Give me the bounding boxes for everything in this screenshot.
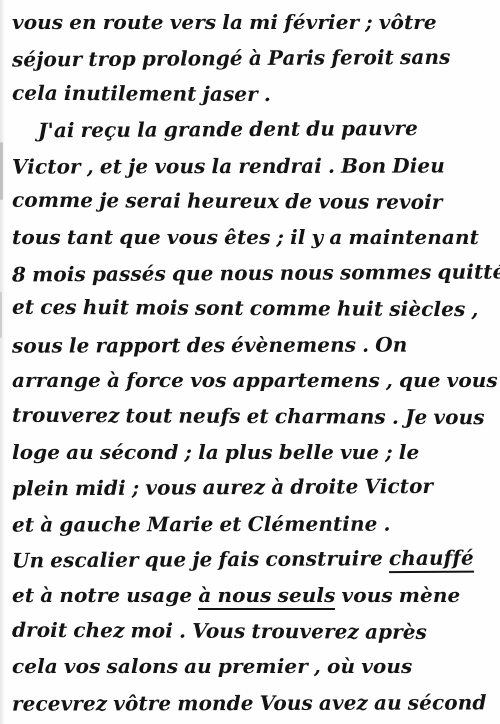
- handwritten-line: Victor , et je vous la rendrai . Bon Die…: [12, 149, 494, 186]
- scan-edge-shadow: [0, 0, 5, 724]
- handwritten-line: tous tant que vous êtes ; il y a mainten…: [12, 220, 494, 256]
- line-text: tous tant que vous êtes ; il y a mainten…: [12, 225, 479, 249]
- line-text: J'ai reçu la grande dent du pauvre: [38, 116, 418, 142]
- underlined-text: à nous seuls: [198, 583, 335, 610]
- handwritten-line: Un escalier que je fais construire chauf…: [12, 540, 494, 579]
- line-text: comme je serai heureux de vous revoir: [12, 188, 443, 214]
- line-text: sous le rapport des évènemens . On: [12, 333, 407, 358]
- scan-artifact: [0, 142, 3, 200]
- handwritten-line: comme je serai heureux de vous revoir: [12, 183, 494, 221]
- underlined-text: chauffé: [389, 546, 474, 574]
- handwritten-line: droit chez moi . Vous trouverez après: [12, 612, 494, 650]
- line-text: 8 mois passés que nous nous sommes quitt…: [12, 259, 500, 286]
- line-text: cela inutilement jaser .: [12, 80, 271, 105]
- line-text: et à gauche Marie et Clémentine .: [12, 512, 391, 537]
- line-text: droit chez moi . Vous trouverez après: [12, 617, 427, 643]
- handwritten-line: 8 mois passés que nous nous sommes quitt…: [12, 254, 494, 293]
- line-text: loge au sécond ; la plus belle vue ; le: [12, 440, 419, 464]
- handwritten-line: et à notre usage à nous seuls vous mène: [12, 578, 494, 614]
- letter-body: vous en route vers la mi février ; vôtre…: [12, 5, 494, 721]
- handwritten-line: J'ai reçu la grande dent du pauvre: [12, 111, 494, 150]
- line-text: plein midi ; vous aurez à droite Victor: [12, 474, 433, 501]
- line-text: Un escalier que je fais construire: [12, 546, 389, 572]
- handwritten-line: loge au sécond ; la plus belle vue ; le: [12, 435, 494, 471]
- line-text: et ces huit mois sont comme huit siècles…: [12, 295, 479, 321]
- line-text: vous en route vers la mi février ; vôtre: [12, 10, 437, 34]
- handwritten-line: sous le rapport des évènemens . On: [12, 328, 494, 365]
- line-text: Victor , et je vous la rendrai . Bon Die…: [12, 154, 445, 179]
- handwritten-line: vous en route vers la mi février ; vôtre: [12, 5, 494, 41]
- line-text: et à notre usage: [12, 583, 198, 607]
- handwritten-line: et à gauche Marie et Clémentine .: [12, 507, 494, 544]
- handwritten-line: cela vos salons au premier , où vous: [12, 649, 494, 685]
- handwritten-line: trouverez tout neufs et charmans . Je vo…: [12, 398, 494, 436]
- line-text: séjour trop prolongé à Paris feroit sans: [12, 45, 451, 72]
- handwritten-line: cela inutilement jaser .: [12, 75, 494, 113]
- manuscript-page: vous en route vers la mi février ; vôtre…: [0, 0, 500, 724]
- handwritten-line: séjour trop prolongé à Paris feroit sans: [12, 39, 494, 78]
- line-text: arrange à force vos appartemens , que vo…: [12, 368, 498, 392]
- line-text: cela vos salons au premier , où vous: [12, 654, 412, 678]
- line-text: vous mène: [335, 583, 460, 607]
- handwritten-line: plein midi ; vous aurez à droite Victor: [12, 469, 494, 508]
- handwritten-line: arrange à force vos appartemens , que vo…: [12, 363, 494, 399]
- line-text: trouverez tout neufs et charmans . Je vo…: [12, 403, 485, 429]
- handwritten-line: et ces huit mois sont comme huit siècles…: [12, 290, 494, 328]
- handwritten-line: recevrez vôtre monde Vous avez au sécond: [12, 686, 494, 723]
- line-text: recevrez vôtre monde Vous avez au sécond: [12, 691, 486, 716]
- scan-artifact: [0, 292, 2, 338]
